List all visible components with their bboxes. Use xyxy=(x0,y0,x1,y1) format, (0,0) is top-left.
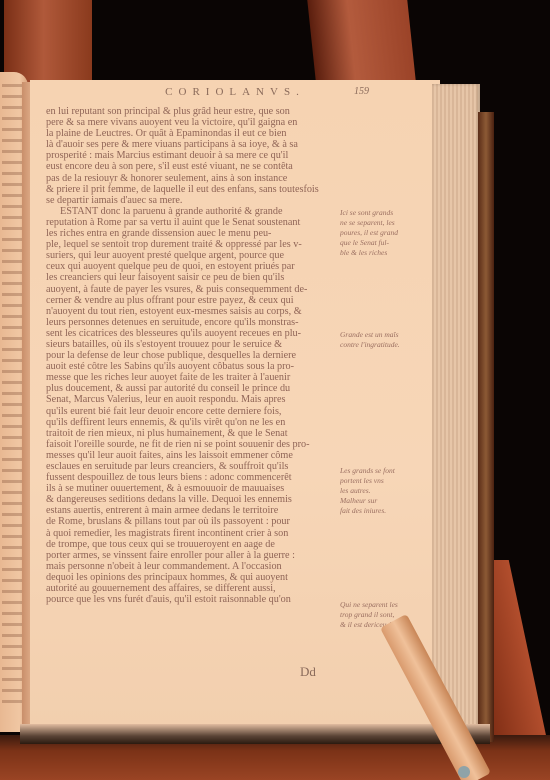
text-line: auoit esté côtre les Sabins qu'ils auoye… xyxy=(46,361,336,372)
marginal-note-line: poures, il est grand xyxy=(340,228,418,238)
pencil-ferrule xyxy=(458,766,470,778)
marginal-note: Les grands se fontportent les vnsles aut… xyxy=(340,466,418,516)
text-line: les riches entra en grande dissension au… xyxy=(46,228,336,239)
running-head: CORIOLANVS. xyxy=(120,86,350,98)
text-line: de trompe, que tous ceux qui se trouuero… xyxy=(46,539,336,550)
marginal-note-line: Malheur sur xyxy=(340,496,418,506)
text-line: messes qu'il leur auoit faites, ains les… xyxy=(46,450,336,461)
text-line: pource que les vns furét d'auis, qu'il e… xyxy=(46,594,336,605)
text-line: & priere il prit femme, de laquelle il e… xyxy=(46,184,336,195)
marginal-note-line: Qui ne separent les xyxy=(340,600,418,610)
text-line: cerner & vendre au plus offrant pour est… xyxy=(46,295,336,306)
text-line: la plaine de Leuctres. Or quât à Epamino… xyxy=(46,128,336,139)
text-line: reputation à Rome par sa vertu il auint … xyxy=(46,217,336,228)
text-line: en lui reputant son principal & plus grâ… xyxy=(46,106,336,117)
easel-upright-right xyxy=(307,0,416,90)
text-line: qu'ils deffirent leurs ennemis, & qu'ils… xyxy=(46,417,336,428)
text-line: dequoi les opinions des principaux homme… xyxy=(46,572,336,583)
marginal-note-line: Ici se sont grands xyxy=(340,208,418,218)
marginal-note-line: Grande est un maîs xyxy=(340,330,418,340)
text-line: autorité au gouuernement des affaires, s… xyxy=(46,583,336,594)
text-line: ple, lequel se sentoit trop durement tra… xyxy=(46,239,336,250)
marginal-note-line: contre l'ingratitude. xyxy=(340,340,418,350)
text-line: auoyent, à faute de payer les vsures, & … xyxy=(46,284,336,295)
text-line: les creanciers qui leur faisoyent saisir… xyxy=(46,272,336,283)
text-line: suriers, qui leur auoyent presté quelque… xyxy=(46,250,336,261)
text-line: ceux qui auoyent quelque peu de quoi, en… xyxy=(46,261,336,272)
text-line: leurs personnes detenues en seruitude, e… xyxy=(46,317,336,328)
marginal-note-line: que le Senat ful- xyxy=(340,238,418,248)
left-page-text-ghost xyxy=(2,84,24,704)
text-line: à quoi remedier, les magistrats firent i… xyxy=(46,528,336,539)
text-line: ESTANT donc la paruenu à grande authorit… xyxy=(46,206,336,217)
signature-mark: Dd xyxy=(300,664,316,680)
text-line: là d'auoir ses pere & mere viuans partic… xyxy=(46,139,336,150)
text-line: ils à se mutiner ouuertement, & à esmouu… xyxy=(46,483,336,494)
marginal-note: Grande est un maîscontre l'ingratitude. xyxy=(340,330,418,350)
text-line: Senat, Marcus Valerius, leur en auoit re… xyxy=(46,394,336,405)
marginal-note-line: Les grands se font xyxy=(340,466,418,476)
marginal-note-line: fait des iniures. xyxy=(340,506,418,516)
text-line: eust encore deu à son pere, s'il eust es… xyxy=(46,161,336,172)
text-line: estans auertis, entrerent à main armee d… xyxy=(46,505,336,516)
marginal-note-line: ble & les riches xyxy=(340,248,418,258)
marginal-note-line: ne se separent, les xyxy=(340,218,418,228)
text-line: se departir iamais d'auec sa mere. xyxy=(46,195,336,206)
marginal-note: Ici se sont grandsne se separent, lespou… xyxy=(340,208,418,258)
text-line: prosperité : mais Marcius estimant deuoi… xyxy=(46,150,336,161)
text-line: faisoit l'oreille sourde, ne fit de rien… xyxy=(46,439,336,450)
text-line: qu'ils eurent bié fait leur deuoir encor… xyxy=(46,406,336,417)
text-line: plus doucement, & aussi par autorité du … xyxy=(46,383,336,394)
leather-cover-edge xyxy=(478,112,494,742)
page-number: 159 xyxy=(354,86,369,97)
text-line: esclaues en seruitude par leurs creancie… xyxy=(46,461,336,472)
text-line: fussent despouillez de tous leurs biens … xyxy=(46,472,336,483)
text-line: de Rome, bruslans & pillans tout par où … xyxy=(46,516,336,527)
text-line: sent les cicatrices des blesseures qu'il… xyxy=(46,328,336,339)
text-line: pour la defense de leur chose publique, … xyxy=(46,350,336,361)
text-line: n'auoyent du tout rien, estoyent eux-mes… xyxy=(46,306,336,317)
text-line: messe que les riches leur auoyet faite d… xyxy=(46,372,336,383)
marginal-note-line: portent les vns xyxy=(340,476,418,486)
text-line: mais personne n'obeit à leur commandemen… xyxy=(46,561,336,572)
text-line: pere & sa mere vivans auoyent veu la vic… xyxy=(46,117,336,128)
marginal-note-line: les autres. xyxy=(340,486,418,496)
text-line: traitoit de rien mieux, ni plus humainem… xyxy=(46,428,336,439)
text-line: pas de la resiouyr & honorer seulement, … xyxy=(46,173,336,184)
page-bottom-edge xyxy=(20,724,490,744)
page-fore-edge xyxy=(432,84,480,739)
text-line: sieurs batailles, où ils s'estoyent trou… xyxy=(46,339,336,350)
text-line: & dangereuses seditions dedans la ville.… xyxy=(46,494,336,505)
body-text: en lui reputant son principal & plus grâ… xyxy=(46,106,336,605)
text-line: porter armes, se vinssent faire enroller… xyxy=(46,550,336,561)
